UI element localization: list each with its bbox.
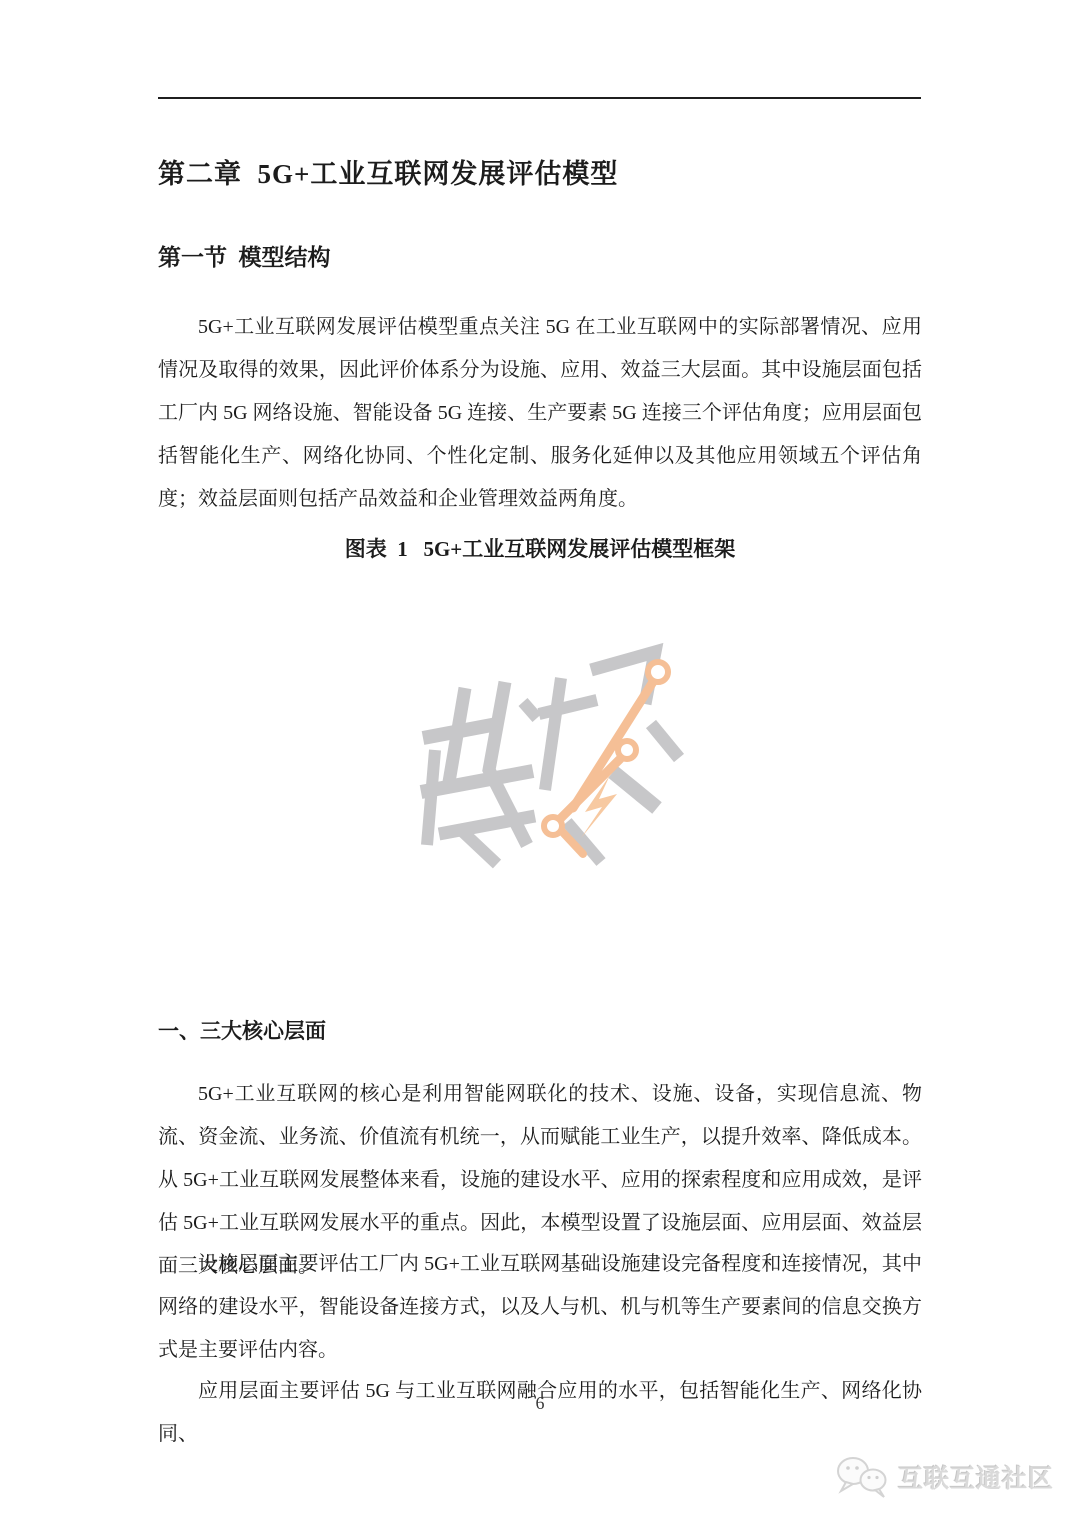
subsection-title: 一、三大核心层面 (158, 1015, 922, 1045)
zhiwu-logo-watermark-icon (405, 640, 705, 872)
figure-caption: 图表 1 5G+工业互联网发展评估模型框架 (158, 533, 922, 563)
footer-brand: 互联互通社区 (836, 1456, 1054, 1498)
section-title: 第一节 模型结构 (158, 239, 922, 272)
chat-bubbles-icon (836, 1456, 890, 1498)
footer-brand-text: 互联互通社区 (898, 1459, 1054, 1495)
chapter-title: 第二章 5G+工业互联网发展评估模型 (158, 152, 922, 191)
header-rule (158, 97, 921, 99)
page-number: 6 (0, 1393, 1080, 1414)
document-page: 第二章 5G+工业互联网发展评估模型 第一节 模型结构 5G+工业互联网发展评估… (0, 0, 1080, 1527)
intro-paragraph: 5G+工业互联网发展评估模型重点关注 5G 在工业互联网中的实际部署情况、应用情… (158, 306, 922, 521)
body-paragraph-facility: 设施层面主要评估工厂内 5G+工业互联网基础设施建设完备程度和连接情况，其中网络… (158, 1243, 922, 1372)
